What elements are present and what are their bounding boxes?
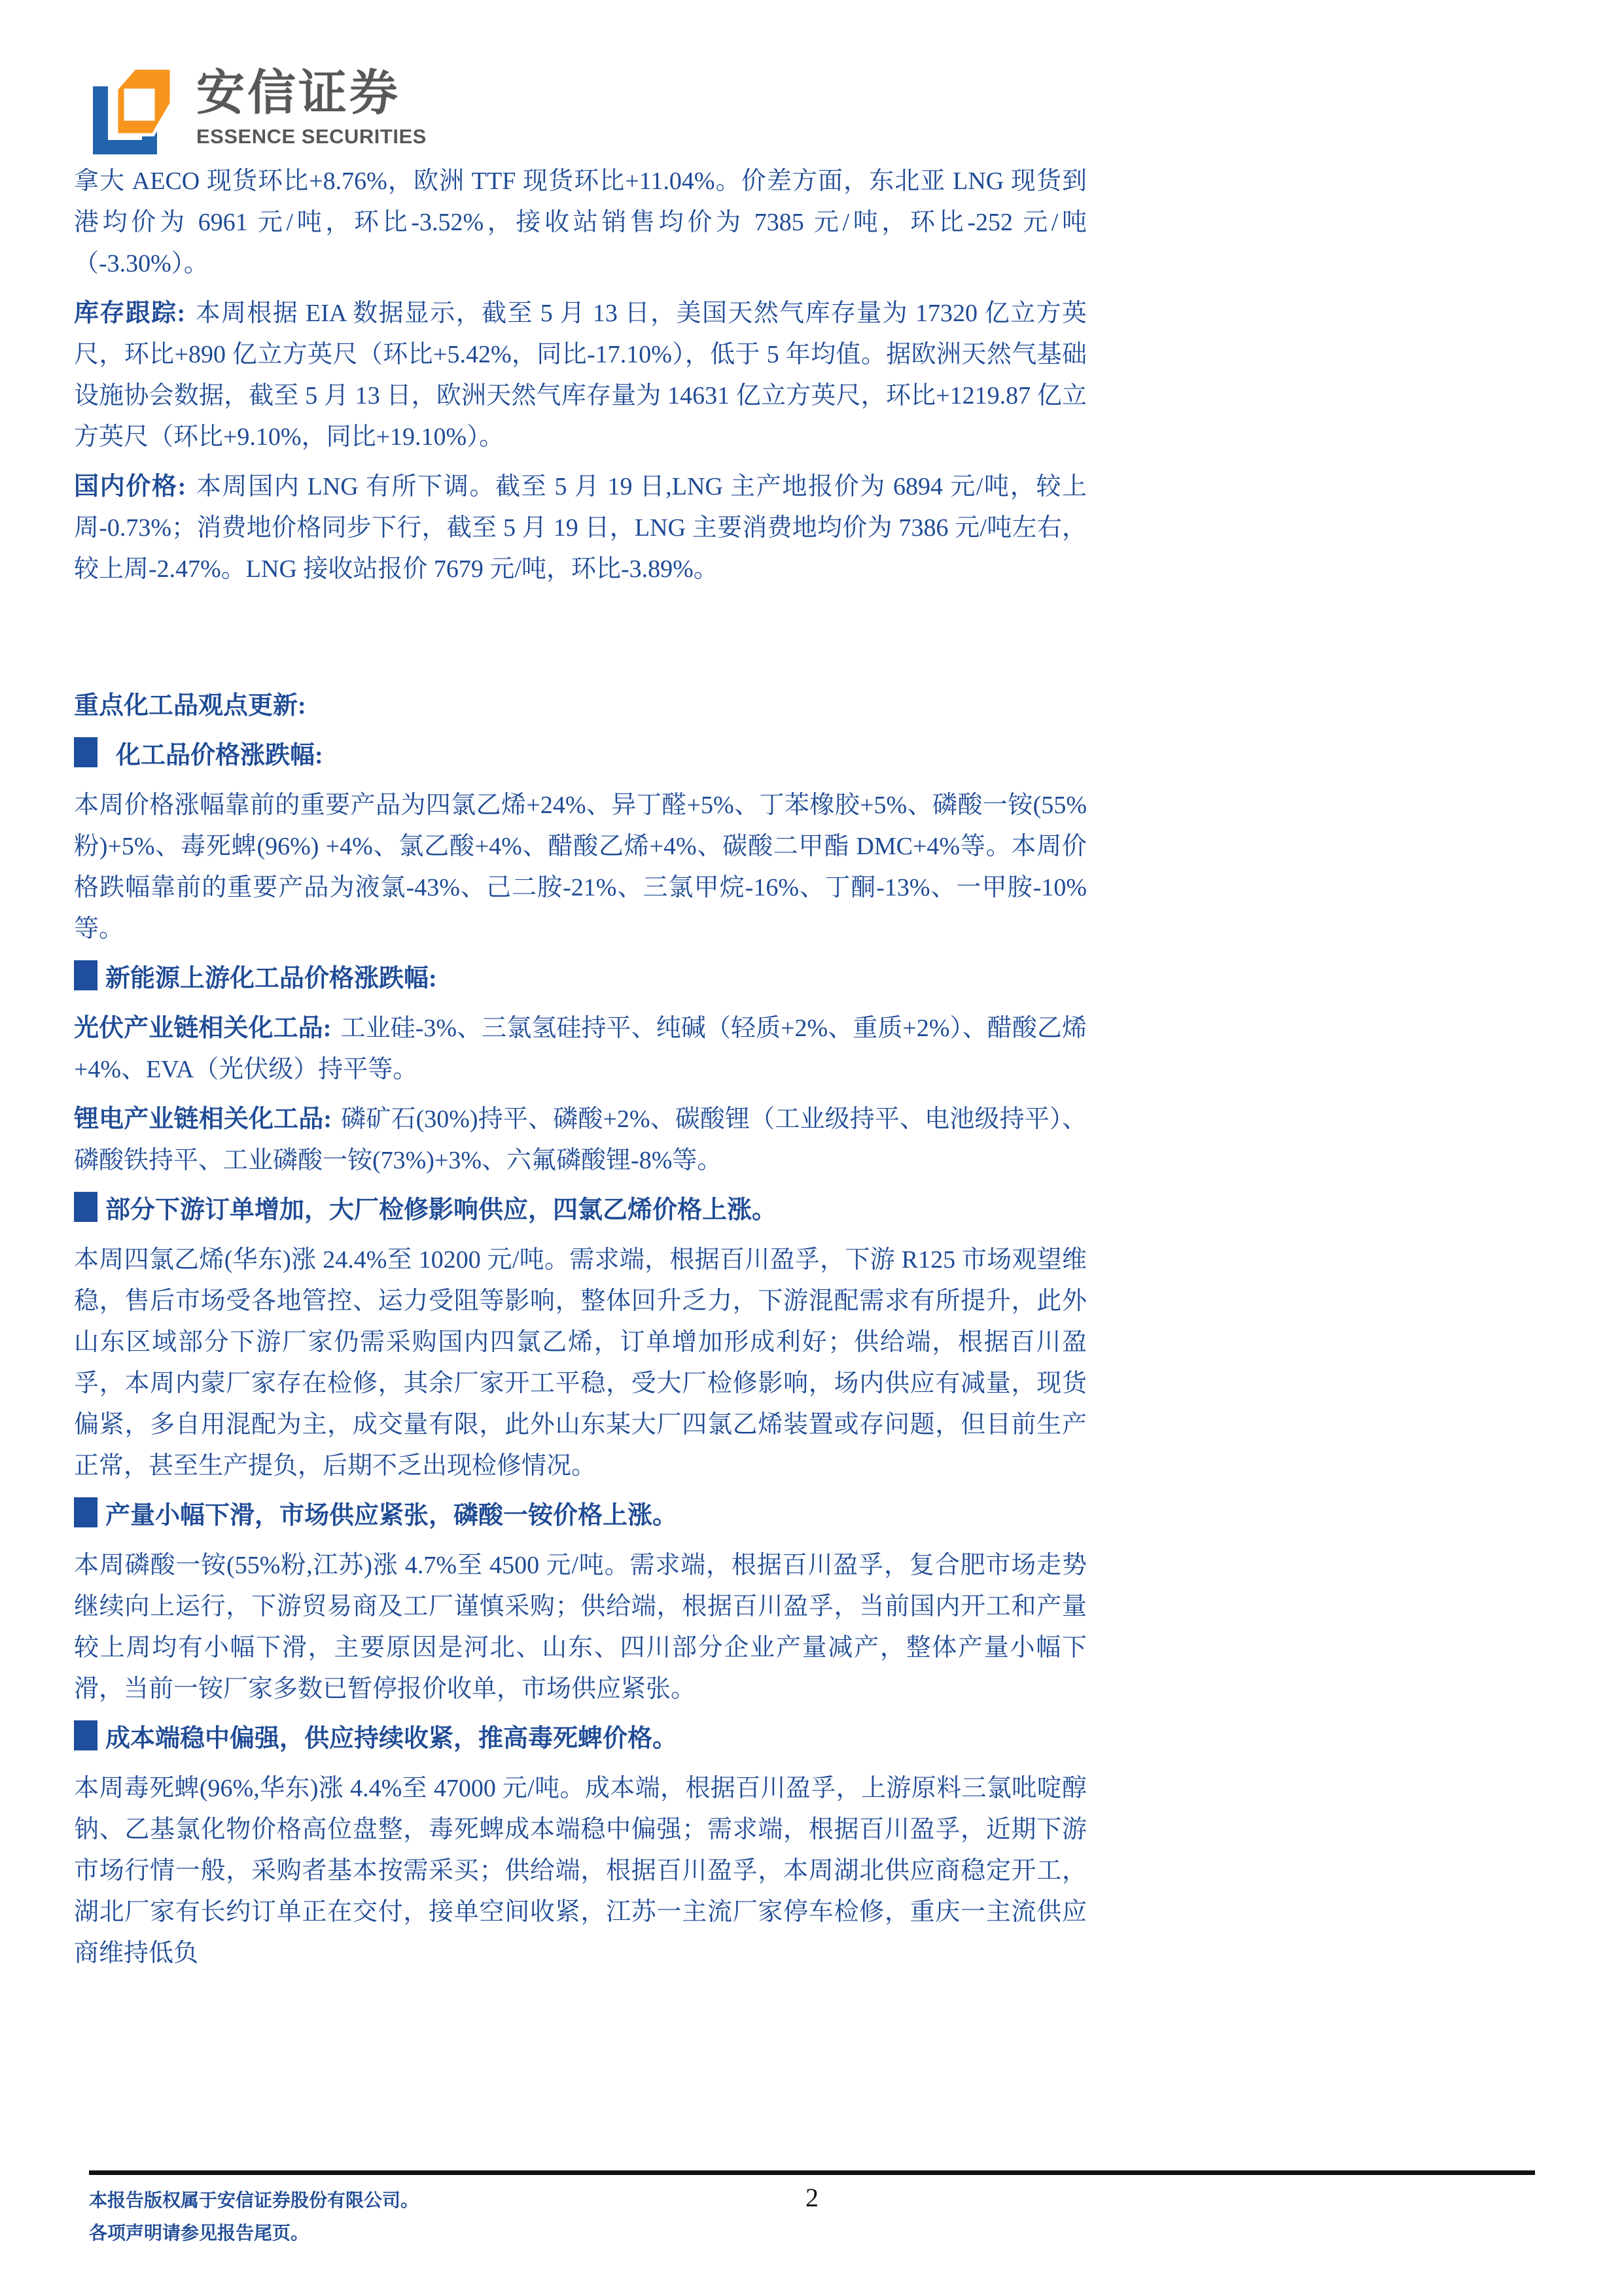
bullet-square-icon xyxy=(74,1192,97,1222)
bullet-heading-text: 新能源上游化工品价格涨跌幅: xyxy=(105,965,437,992)
bullet-heading-text: 化工品价格涨跌幅: xyxy=(116,742,323,769)
paragraph-continuation: 拿大 AECO 现货环比+8.76%，欧洲 TTF 现货环比+11.04%。价差… xyxy=(74,161,1087,285)
paragraph-tetrachloroethylene: 本周四氯乙烯(华东)涨 24.4%至 10200 元/吨。需求端，根据百川盈孚，… xyxy=(74,1240,1087,1487)
bullet-heading-text: 产量小幅下滑，市场供应紧张，磷酸一铵价格上涨。 xyxy=(105,1502,677,1529)
brand-name-cn: 安信证券 xyxy=(196,65,427,120)
bullet-square-icon xyxy=(74,737,97,767)
paragraph-label: 光伏产业链相关化工品: xyxy=(74,1015,331,1042)
footer-copyright-line2: 各项声明请参见报告尾页。 xyxy=(89,2218,419,2250)
paragraph-photovoltaic-chain: 光伏产业链相关化工品:工业硅-3%、三氯氢硅持平、纯碱（轻质+2%、重质+2%）… xyxy=(74,1008,1087,1090)
bullet-heading-new-energy: 新能源上游化工品价格涨跌幅: xyxy=(74,958,1087,1000)
paragraph-label: 锂电产业链相关化工品: xyxy=(74,1105,332,1133)
bullet-heading-text: 成本端稳中偏强，供应持续收紧，推高毒死蜱价格。 xyxy=(105,1725,677,1752)
footer-rule xyxy=(89,2170,1535,2175)
paragraph-lithium-chain: 锂电产业链相关化工品:磷矿石(30%)持平、磷酸+2%、碳酸锂（工业级持平、电池… xyxy=(74,1099,1087,1181)
bullet-square-icon xyxy=(74,1720,97,1750)
paragraph-map-price: 本周磷酸一铵(55%粉,江苏)涨 4.7%至 4500 元/吨。需求端，根据百川… xyxy=(74,1545,1087,1710)
report-page: 安信证券 ESSENCE SECURITIES 拿大 AECO 现货环比+8.7… xyxy=(0,0,1624,2296)
bullet-square-icon xyxy=(74,1497,97,1527)
brand-logo-text: 安信证券 ESSENCE SECURITIES xyxy=(196,65,427,148)
paragraph-domestic-price: 国内价格:本周国内 LNG 有所下调。截至 5 月 19 日,LNG 主产地报价… xyxy=(74,466,1087,590)
paragraph-text: 本周根据 EIA 数据显示，截至 5 月 13 日，美国天然气库存量为 1732… xyxy=(74,300,1087,451)
bullet-square-icon xyxy=(74,960,97,990)
report-body: 拿大 AECO 现货环比+8.76%，欧洲 TTF 现货环比+11.04%。价差… xyxy=(74,161,1087,1983)
paragraph-price-changes: 本周价格涨幅靠前的重要产品为四氯乙烯+24%、异丁醛+5%、丁苯橡胶+5%、磷酸… xyxy=(74,785,1087,950)
brand-name-en: ESSENCE SECURITIES xyxy=(196,126,427,148)
paragraph-inventory-tracking: 库存跟踪:本周根据 EIA 数据显示，截至 5 月 13 日，美国天然气库存量为… xyxy=(74,293,1087,458)
paragraph-label: 库存跟踪: xyxy=(74,300,185,327)
bullet-heading-map-price: 产量小幅下滑，市场供应紧张，磷酸一铵价格上涨。 xyxy=(74,1495,1087,1537)
bullet-heading-price-changes: 化工品价格涨跌幅: xyxy=(74,735,1087,776)
section-title-key-chemicals: 重点化工品观点更新: xyxy=(74,686,1087,727)
paragraph-text: 本周国内 LNG 有所下调。截至 5 月 19 日,LNG 主产地报价为 689… xyxy=(74,473,1087,583)
page-number: 2 xyxy=(0,2183,1624,2213)
paragraph-label: 国内价格: xyxy=(74,473,186,500)
brand-logo-icon xyxy=(92,65,173,157)
paragraph-chlorpyrifos: 本周毒死蜱(96%,华东)涨 4.4%至 47000 元/吨。成本端，根据百川盈… xyxy=(74,1768,1087,1974)
bullet-heading-tetrachloroethylene: 部分下游订单增加，大厂检修影响供应，四氯乙烯价格上涨。 xyxy=(74,1190,1087,1231)
brand-logo: 安信证券 ESSENCE SECURITIES xyxy=(92,65,427,157)
bullet-heading-text: 部分下游订单增加，大厂检修影响供应，四氯乙烯价格上涨。 xyxy=(105,1196,777,1224)
bullet-heading-chlorpyrifos: 成本端稳中偏强，供应持续收紧，推高毒死蜱价格。 xyxy=(74,1718,1087,1760)
